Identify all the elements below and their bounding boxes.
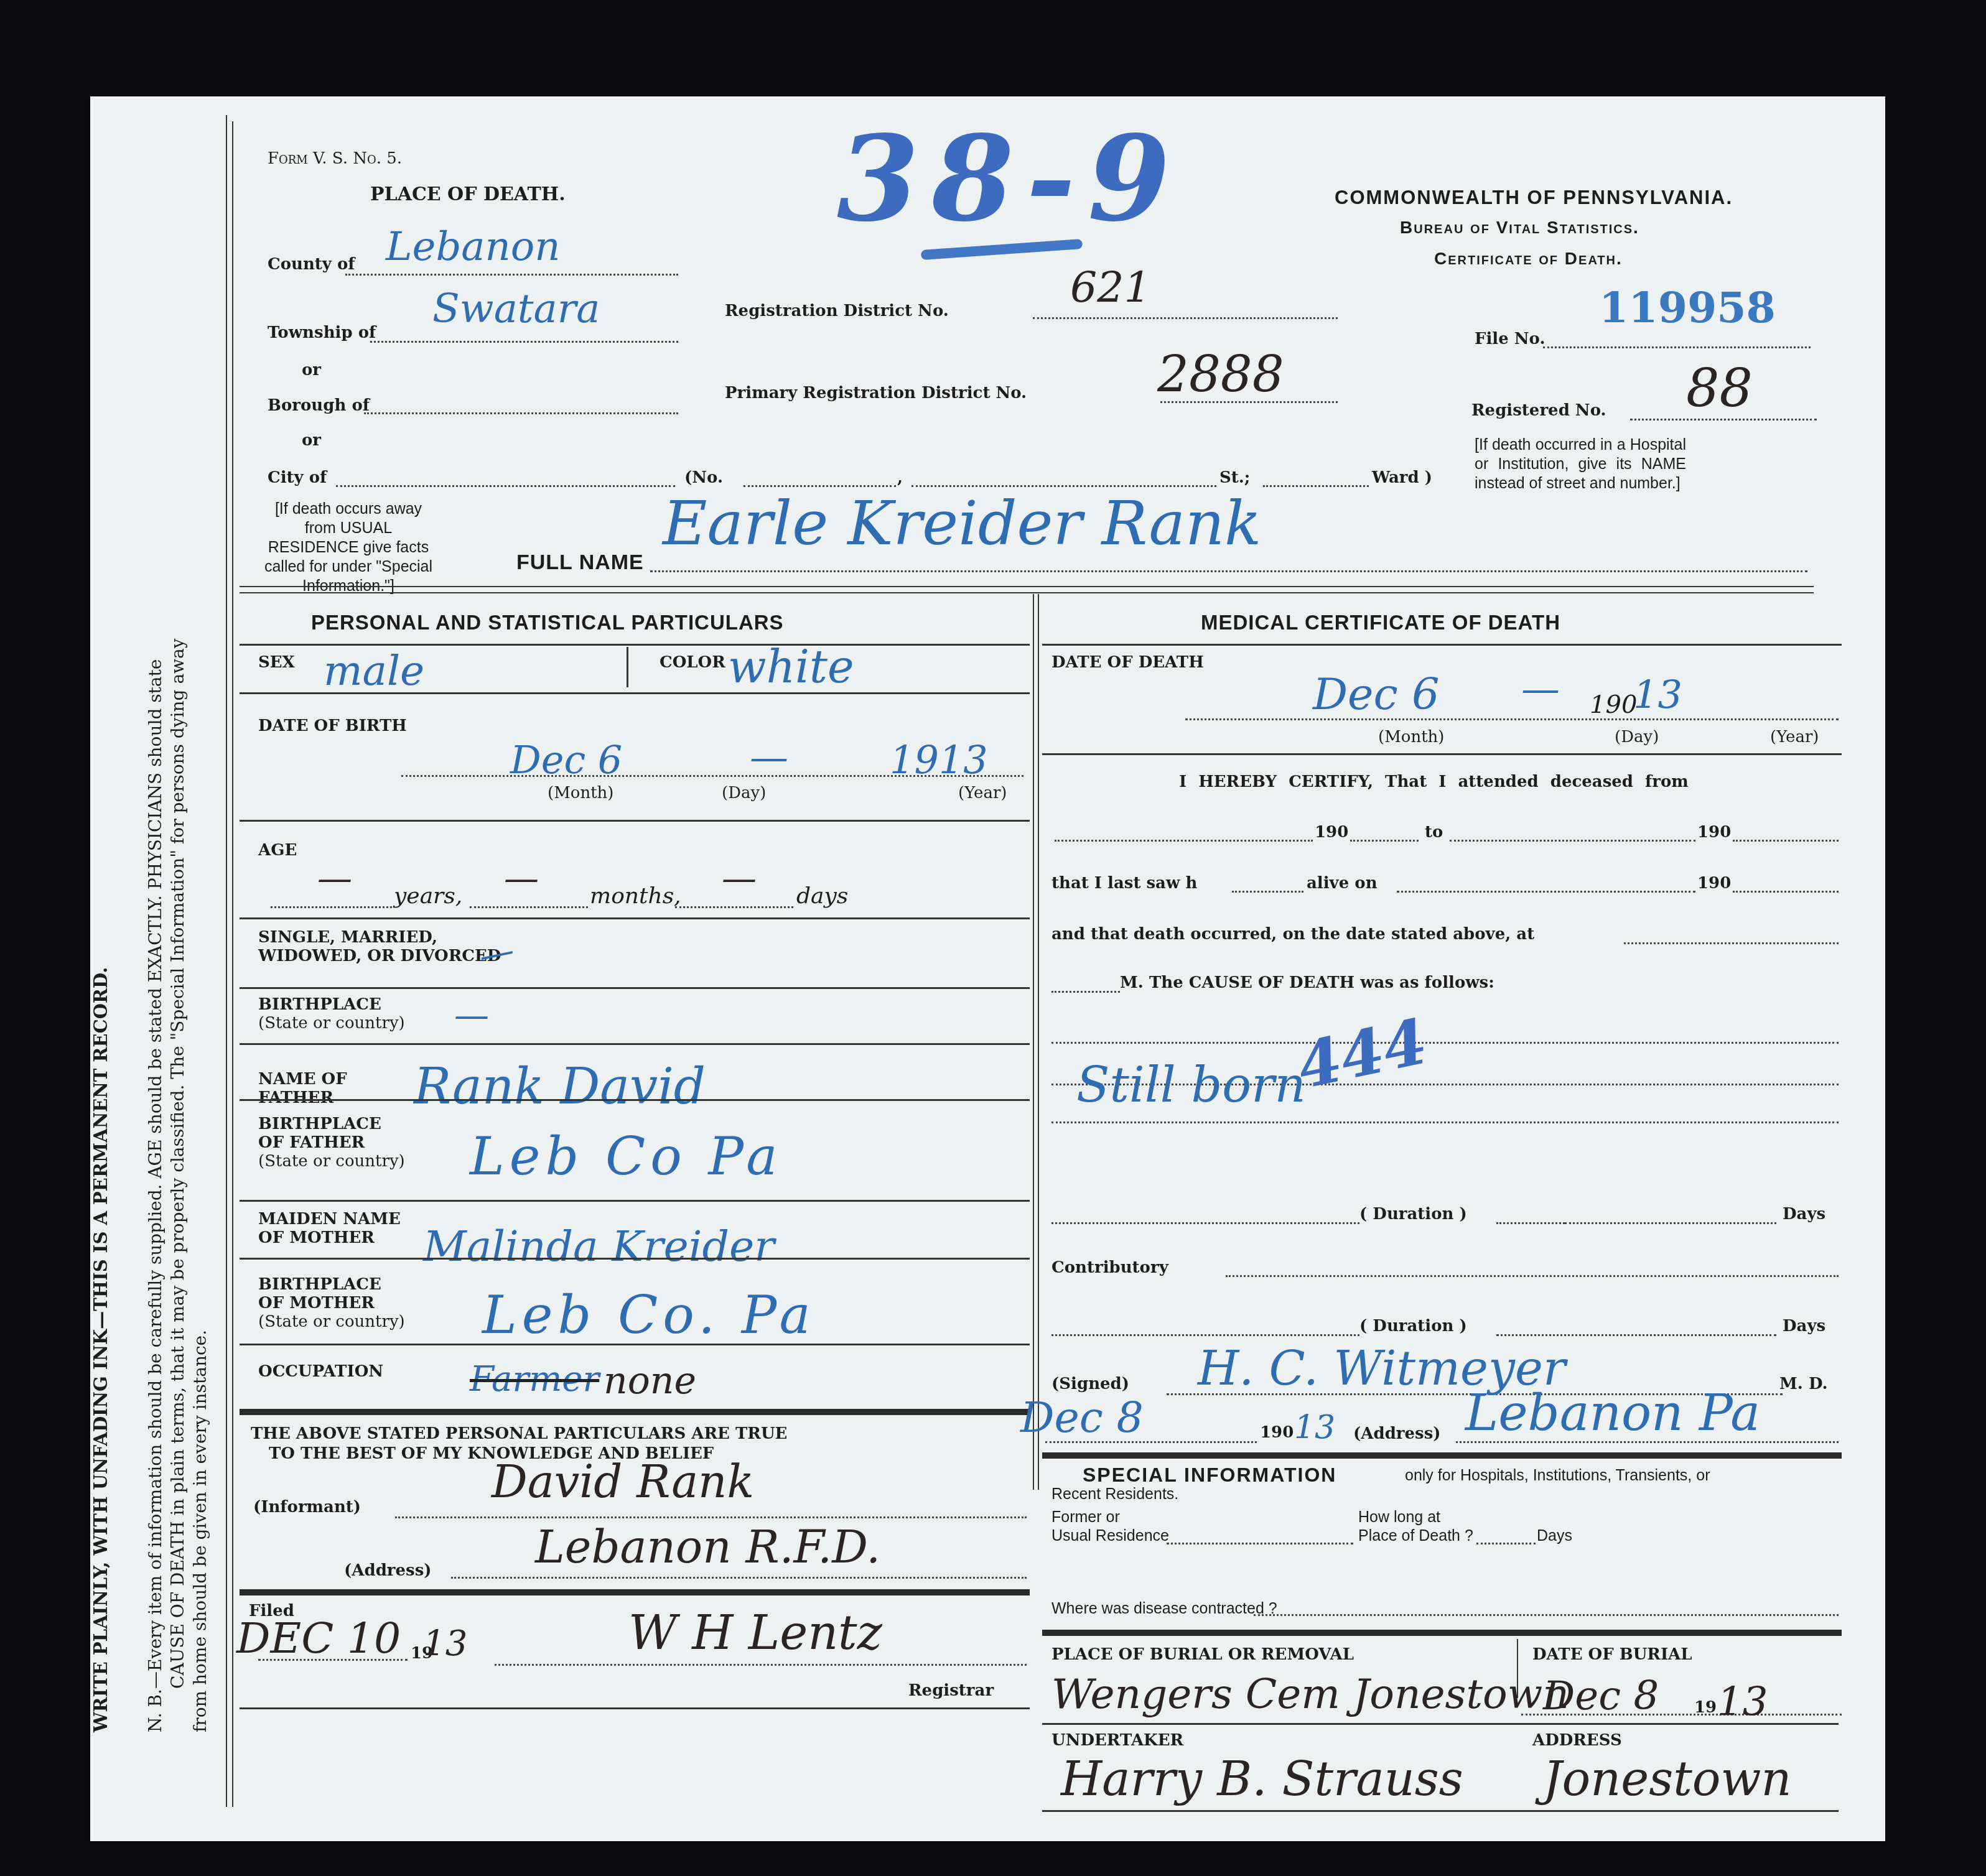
full-name-label: FULL NAME bbox=[516, 550, 644, 575]
township-field-line bbox=[370, 341, 678, 343]
file-number-label: File No. bbox=[1475, 330, 1545, 348]
color-value[interactable]: white bbox=[728, 641, 854, 693]
attended-year-b-line bbox=[1733, 840, 1839, 842]
contributory-label: Contributory bbox=[1051, 1258, 1168, 1277]
alive-on-text: alive on bbox=[1307, 874, 1378, 893]
agency-line-1: COMMONWEALTH OF PENNSYLVANIA. bbox=[1335, 187, 1733, 209]
row-divider bbox=[240, 1043, 1030, 1045]
burial-place-value[interactable]: Wengers Cem Jonestown bbox=[1051, 1670, 1569, 1718]
cause-time-line bbox=[1051, 991, 1120, 993]
how-long-line bbox=[1476, 1543, 1536, 1544]
street-label: St.; bbox=[1219, 468, 1250, 487]
mother-birthplace-value[interactable]: Leb Co. Pa bbox=[482, 1284, 816, 1345]
file-annotation: 38-9 bbox=[837, 109, 1182, 248]
duration-line-1 bbox=[1051, 1222, 1359, 1224]
margin-note-line-3: CAUSE OF DEATH in plain terms, that it m… bbox=[167, 638, 188, 1689]
undertaker-underline bbox=[1042, 1810, 1839, 1812]
mother-name-value[interactable]: Malinda Kreider bbox=[423, 1222, 775, 1271]
attended-from-line bbox=[1055, 840, 1313, 842]
attended-to-line bbox=[1450, 840, 1695, 842]
disease-contracted-label: Where was disease contracted ? bbox=[1051, 1600, 1277, 1618]
row-divider bbox=[240, 1258, 1030, 1260]
color-label: COLOR bbox=[660, 653, 725, 672]
dob-label: DATE OF BIRTH bbox=[258, 717, 407, 735]
sign-date-value[interactable]: Dec 8 bbox=[1020, 1393, 1144, 1442]
street-number-line bbox=[744, 485, 896, 487]
row-divider bbox=[240, 692, 1030, 694]
registered-number-line bbox=[1630, 419, 1817, 420]
how-long-days-label: Days bbox=[1537, 1527, 1572, 1545]
occupation-struck-value: Farmer bbox=[470, 1359, 599, 1400]
row-divider bbox=[1042, 644, 1842, 646]
marital-label-2: WIDOWED, OR DIVORCED bbox=[258, 947, 501, 965]
marital-label-1: SINGLE, MARRIED, bbox=[258, 928, 437, 947]
burial-year-value[interactable]: 13 bbox=[1717, 1679, 1768, 1725]
informant-address-line bbox=[451, 1577, 1027, 1579]
section-divider bbox=[1042, 1630, 1842, 1636]
last-saw-text: that I last saw h bbox=[1051, 874, 1197, 893]
attended-year-a-line bbox=[1350, 840, 1419, 842]
occupation-value[interactable]: none bbox=[604, 1359, 696, 1403]
to-word: to bbox=[1425, 823, 1443, 842]
age-label: AGE bbox=[258, 841, 297, 860]
burial-date-label: DATE OF BURIAL bbox=[1532, 1645, 1692, 1664]
mother-birthplace-sublabel: (State or country) bbox=[258, 1312, 405, 1331]
hospital-note: [If death occurred in a Hospital or Inst… bbox=[1475, 435, 1686, 493]
or-label-2: or bbox=[302, 431, 321, 450]
attended-year-a: 190 bbox=[1315, 823, 1348, 842]
full-name-value[interactable]: Earle Kreider Rank bbox=[663, 488, 1261, 559]
disease-contracted-line bbox=[1254, 1614, 1839, 1616]
column-divider bbox=[1033, 594, 1034, 1490]
duration-label-2: ( Duration ) bbox=[1359, 1317, 1467, 1335]
dod-day-caption: (Day) bbox=[1615, 728, 1659, 746]
header-divider bbox=[240, 592, 1814, 593]
years-word: years, bbox=[394, 883, 462, 909]
registrar-line bbox=[495, 1664, 1027, 1666]
cause-line-1 bbox=[1051, 1042, 1839, 1044]
file-number-value[interactable]: 119958 bbox=[1599, 283, 1776, 333]
informant-address-value[interactable]: Lebanon R.F.D. bbox=[535, 1521, 880, 1573]
margin-border-line bbox=[232, 121, 233, 1807]
dod-label: DATE OF DEATH bbox=[1051, 653, 1204, 672]
undertaker-label: UNDERTAKER bbox=[1051, 1731, 1183, 1750]
section-divider bbox=[1042, 1452, 1842, 1459]
undertaker-address-value[interactable]: Jonestown bbox=[1543, 1751, 1791, 1806]
age-years-value[interactable]: — bbox=[317, 858, 352, 899]
row-divider bbox=[240, 917, 1030, 919]
cause-code: 444 bbox=[1291, 1005, 1434, 1103]
city-field-line bbox=[336, 485, 675, 487]
dod-year-value[interactable]: 13 bbox=[1633, 672, 1682, 717]
registrar-label: Registrar bbox=[908, 1681, 994, 1700]
occupation-label: OCCUPATION bbox=[258, 1362, 383, 1381]
md-label: M. D. bbox=[1779, 1375, 1828, 1393]
burial-year-prefix: 19 bbox=[1694, 1698, 1717, 1717]
age-years-line bbox=[271, 906, 392, 908]
sex-label: SEX bbox=[258, 653, 295, 672]
county-value[interactable]: Lebanon bbox=[386, 224, 560, 270]
dod-year-prefix: 190 bbox=[1590, 690, 1637, 719]
burial-date-value[interactable]: Dec 8 bbox=[1543, 1673, 1659, 1719]
duration-label-1: ( Duration ) bbox=[1359, 1205, 1467, 1224]
or-label: or bbox=[302, 361, 321, 379]
dod-line bbox=[1185, 718, 1839, 720]
father-label-1: NAME OF bbox=[258, 1070, 347, 1089]
dob-year-value[interactable]: 1913 bbox=[890, 737, 988, 782]
personal-section-title: PERSONAL AND STATISTICAL PARTICULARS bbox=[311, 611, 784, 634]
row-divider bbox=[240, 820, 1030, 822]
row-divider bbox=[240, 1099, 1030, 1101]
how-long-label-1: How long at bbox=[1358, 1508, 1440, 1526]
mother-label-1: MAIDEN NAME bbox=[258, 1210, 401, 1228]
comma-separator: , bbox=[897, 468, 903, 487]
duration-days-label-2: Days bbox=[1783, 1317, 1825, 1335]
special-info-subtitle: only for Hospitals, Institutions, Transi… bbox=[1405, 1467, 1710, 1485]
filed-year-value[interactable]: 13 bbox=[423, 1623, 467, 1664]
section-divider bbox=[240, 1409, 1030, 1415]
burial-underline bbox=[1042, 1723, 1839, 1725]
alive-year-line bbox=[1733, 891, 1839, 893]
informant-address-label: (Address) bbox=[344, 1561, 432, 1580]
mother-birthplace-label-2: OF MOTHER bbox=[258, 1294, 375, 1312]
registration-district-line bbox=[1033, 317, 1338, 319]
dod-day-value[interactable]: — bbox=[1521, 666, 1560, 711]
dob-month-caption: (Month) bbox=[548, 784, 614, 802]
duration-line-2 bbox=[1051, 1334, 1359, 1336]
physician-address-value[interactable]: Lebanon Pa bbox=[1465, 1384, 1760, 1442]
registrar-signature[interactable]: W H Lentz bbox=[628, 1605, 882, 1660]
birthplace-sublabel: (State or country) bbox=[258, 1014, 405, 1033]
sign-year-value[interactable]: 13 bbox=[1294, 1409, 1335, 1446]
how-long-label-2: Place of Death ? bbox=[1358, 1527, 1473, 1545]
agency-line-2: Bureau of Vital Statistics. bbox=[1400, 218, 1639, 238]
agency-line-3: Certificate of Death. bbox=[1434, 249, 1623, 269]
county-label: County of bbox=[268, 255, 355, 274]
occurred-line bbox=[1624, 942, 1839, 944]
residence-note: [If death occurs away from USUAL RESIDEN… bbox=[258, 499, 439, 596]
former-residence-label-2: Usual Residence bbox=[1051, 1527, 1169, 1545]
duration-days-label-1: Days bbox=[1783, 1205, 1825, 1224]
borough-field-line bbox=[364, 412, 678, 414]
cause-label: M. The CAUSE OF DEATH was as follows: bbox=[1120, 973, 1494, 992]
borough-label: Borough of bbox=[268, 396, 370, 415]
informant-line bbox=[395, 1516, 1027, 1518]
affirmation-line-1: THE ABOVE STATED PERSONAL PARTICULARS AR… bbox=[251, 1424, 787, 1443]
undertaker-value[interactable]: Harry B. Strauss bbox=[1061, 1751, 1463, 1806]
death-certificate: WRITE PLAINLY, WITH UNFADING INK—THIS IS… bbox=[90, 96, 1885, 1841]
former-residence-line bbox=[1167, 1543, 1353, 1544]
primary-district-value[interactable]: 2888 bbox=[1157, 345, 1284, 403]
form-number: Form V. S. No. 5. bbox=[268, 149, 402, 168]
township-value[interactable]: Swatara bbox=[432, 286, 600, 332]
margin-note-permanent-record: WRITE PLAINLY, WITH UNFADING INK—THIS IS… bbox=[90, 967, 111, 1732]
margin-border-line bbox=[226, 115, 227, 1807]
column-divider bbox=[1038, 594, 1039, 1490]
registered-number-value[interactable]: 88 bbox=[1686, 358, 1753, 419]
row-divider bbox=[240, 1344, 1030, 1345]
duration-days-line-1b bbox=[1565, 1222, 1776, 1224]
dob-year-caption: (Year) bbox=[958, 784, 1007, 802]
father-birthplace-value[interactable]: Leb Co Pa bbox=[470, 1126, 782, 1187]
age-days-value[interactable]: — bbox=[722, 858, 757, 899]
cause-of-death-value[interactable]: Still born bbox=[1076, 1057, 1306, 1113]
informant-label: (Informant) bbox=[253, 1498, 361, 1516]
special-info-title: SPECIAL INFORMATION bbox=[1083, 1464, 1336, 1487]
father-birthplace-label-1: BIRTHPLACE bbox=[258, 1115, 381, 1133]
sex-value[interactable]: male bbox=[324, 647, 424, 695]
informant-value[interactable]: David Rank bbox=[492, 1456, 754, 1508]
certify-text: I HEREBY CERTIFY, That I attended deceas… bbox=[1179, 773, 1689, 791]
alive-on-line bbox=[1397, 891, 1695, 893]
registration-district-value[interactable]: 621 bbox=[1070, 263, 1151, 312]
street-number-label: (No. bbox=[684, 468, 723, 487]
months-word: months, bbox=[590, 883, 681, 909]
attended-year-b: 190 bbox=[1697, 823, 1731, 842]
footer-divider bbox=[240, 1707, 1030, 1709]
contributory-line bbox=[1226, 1275, 1839, 1277]
full-name-line bbox=[650, 570, 1807, 572]
father-name-value[interactable]: Rank David bbox=[414, 1057, 706, 1115]
sex-color-divider bbox=[627, 647, 628, 687]
medical-section-title: MEDICAL CERTIFICATE OF DEATH bbox=[1201, 611, 1560, 634]
mother-label-2: OF MOTHER bbox=[258, 1228, 375, 1247]
marital-value[interactable]: — bbox=[475, 930, 518, 977]
occurred-text: and that death occurred, on the date sta… bbox=[1051, 925, 1534, 944]
father-birthplace-sublabel: (State or country) bbox=[258, 1152, 405, 1171]
father-birthplace-label-2: OF FATHER bbox=[258, 1133, 365, 1152]
former-residence-label-1: Former or bbox=[1051, 1508, 1120, 1526]
father-label-2: FATHER bbox=[258, 1089, 333, 1107]
sign-year-prefix: 190 bbox=[1260, 1423, 1294, 1442]
duration-days-line-1 bbox=[1496, 1222, 1565, 1224]
primary-district-label: Primary Registration District No. bbox=[725, 384, 1027, 402]
dod-month-caption: (Month) bbox=[1378, 728, 1445, 746]
age-months-line bbox=[470, 906, 588, 908]
birthplace-value[interactable]: — bbox=[454, 995, 489, 1036]
dob-month-value[interactable]: Dec 6 bbox=[510, 737, 622, 782]
city-label: City of bbox=[268, 468, 327, 487]
dob-day-value[interactable]: — bbox=[750, 734, 788, 779]
cause-line-3 bbox=[1051, 1121, 1839, 1123]
margin-note-line-4: from home should be given in every insta… bbox=[190, 1330, 210, 1732]
birthplace-label: BIRTHPLACE bbox=[258, 995, 381, 1014]
burial-place-label: PLACE OF BURIAL OR REMOVAL bbox=[1051, 1645, 1354, 1664]
street-name-line bbox=[911, 485, 1216, 487]
age-days-line bbox=[675, 906, 793, 908]
signed-label: (Signed) bbox=[1051, 1375, 1129, 1393]
duration-days-line-2 bbox=[1496, 1334, 1776, 1336]
dod-year-caption: (Year) bbox=[1770, 728, 1819, 746]
ward-label: Ward ) bbox=[1372, 468, 1432, 487]
file-number-line bbox=[1543, 346, 1811, 348]
ward-field-line bbox=[1263, 485, 1369, 487]
physician-address-label: (Address) bbox=[1353, 1424, 1441, 1443]
row-divider bbox=[240, 644, 1030, 646]
mother-birthplace-label-1: BIRTHPLACE bbox=[258, 1275, 381, 1294]
age-months-value[interactable]: — bbox=[504, 858, 539, 899]
filed-date-value[interactable]: DEC 10 bbox=[236, 1614, 401, 1663]
alive-year: 190 bbox=[1697, 874, 1731, 893]
registration-district-label: Registration District No. bbox=[725, 302, 949, 320]
undertaker-address-label: ADDRESS bbox=[1532, 1731, 1622, 1750]
header-divider bbox=[240, 586, 1814, 587]
county-field-line bbox=[345, 274, 678, 276]
row-divider bbox=[240, 1200, 1030, 1202]
dob-day-caption: (Day) bbox=[722, 784, 766, 802]
dod-month-value[interactable]: Dec 6 bbox=[1313, 669, 1440, 720]
registered-number-label: Registered No. bbox=[1471, 401, 1606, 420]
township-label: Township of bbox=[268, 323, 376, 342]
place-of-death-title: PLACE OF DEATH. bbox=[370, 183, 566, 205]
row-divider bbox=[240, 987, 1030, 989]
last-saw-line bbox=[1232, 891, 1303, 893]
row-divider bbox=[1042, 753, 1842, 755]
margin-note-line-2: N. B.—Every item of information should b… bbox=[145, 659, 165, 1732]
days-word: days bbox=[796, 883, 848, 909]
special-info-subtitle-2: Recent Residents. bbox=[1051, 1485, 1178, 1503]
section-divider bbox=[240, 1589, 1030, 1595]
